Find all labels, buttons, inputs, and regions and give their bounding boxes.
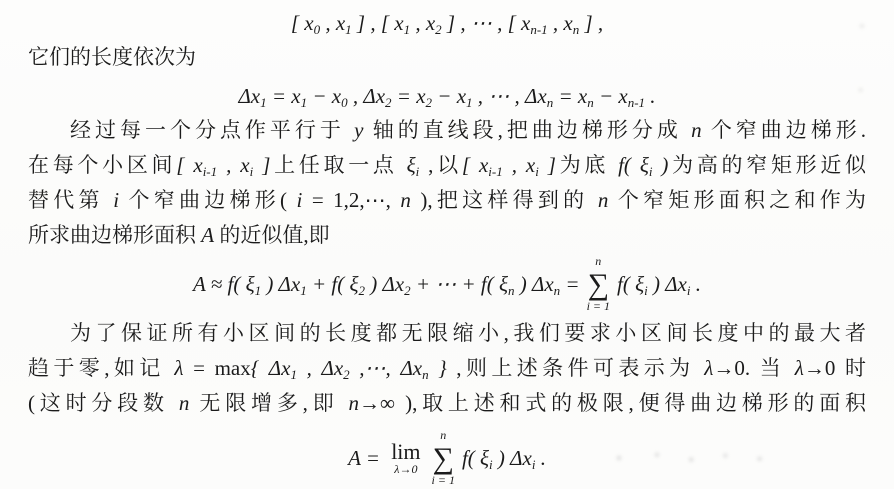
sigma-lower-limit: i = 1 — [432, 474, 455, 488]
sigma-symbol: ∑ — [433, 443, 454, 475]
paragraph-partition-line-3: 替代第 i 个窄曲边梯形( i = 1,2,⋯, n ),把这样得到的 n 个窄… — [28, 183, 866, 218]
lim-under-condition: λ→0 — [394, 463, 417, 477]
formula-limit-rhs: f( ξi ) Δxi . — [462, 446, 546, 471]
paragraph-limit-line-3: (这时分段数 n 无限增多,即 n→∞ ),取上述和式的极限,便得曲边梯形的面积 — [28, 386, 866, 421]
paragraph-partition-line-4: 所求曲边梯形面积 A 的近似值,即 — [28, 218, 866, 253]
formula-approx-rhs: f( ξi ) Δxi . — [617, 272, 701, 297]
paragraph-partition-line-1: 经过每一个分点作平行于 y 轴的直线段,把曲边梯形分成 n 个窄曲边梯形. — [28, 113, 866, 148]
sigma-upper-limit: n — [595, 255, 601, 269]
sigma-upper-limit: n — [440, 429, 446, 443]
limit-operator: lim λ→0 — [391, 441, 420, 477]
paragraph-partition-line-2: 在每个小区间[ xi-1 , xi ]上任取一点 ξi ,以[ xi-1 , x… — [28, 148, 866, 183]
formula-subintervals: [ x0 , x1 ] , [ x1 , x2 ] , ⋯ , [ xn-1 ,… — [28, 6, 866, 40]
paragraph-limit-line-2: 趋于零,如记 λ = max{ Δx1 , Δx2 ,⋯, Δxn } ,则上述… — [28, 351, 866, 386]
formula-limit-lhs: A = — [348, 446, 385, 471]
paragraph-limit-line-1: 为了保证所有小区间的长度都无限缩小,我们要求小区间长度中的最大者 — [28, 316, 866, 351]
lim-symbol: lim — [391, 441, 420, 463]
formula-approx-lhs: A ≈ f( ξ1 ) Δx1 + f( ξ2 ) Δx2 + ⋯ + f( ξ… — [193, 272, 580, 297]
sigma-operator: n ∑ i = 1 — [432, 429, 455, 488]
formula-approx-area: A ≈ f( ξ1 ) Δx1 + f( ξ2 ) Δx2 + ⋯ + f( ξ… — [28, 255, 866, 314]
sigma-operator: n ∑ i = 1 — [587, 255, 610, 314]
paragraph-partition: 经过每一个分点作平行于 y 轴的直线段,把曲边梯形分成 n 个窄曲边梯形. 在每… — [28, 113, 866, 253]
paragraph-limit-condition: 为了保证所有小区间的长度都无限缩小,我们要求小区间长度中的最大者 趋于零,如记 … — [28, 316, 866, 421]
sigma-lower-limit: i = 1 — [587, 300, 610, 314]
sigma-symbol: ∑ — [588, 269, 609, 301]
textbook-page: [ x0 , x1 ] , [ x1 , x2 ] , ⋯ , [ xn-1 ,… — [0, 0, 894, 489]
formula-delta-lengths: Δx1 = x1 − x0 , Δx2 = x2 − x1 , ⋯ , Δxn … — [28, 79, 866, 113]
formula-area-limit: A = lim λ→0 n ∑ i = 1 f( ξi ) Δxi . — [28, 429, 866, 488]
length-intro-line: 它们的长度依次为 — [28, 40, 866, 75]
